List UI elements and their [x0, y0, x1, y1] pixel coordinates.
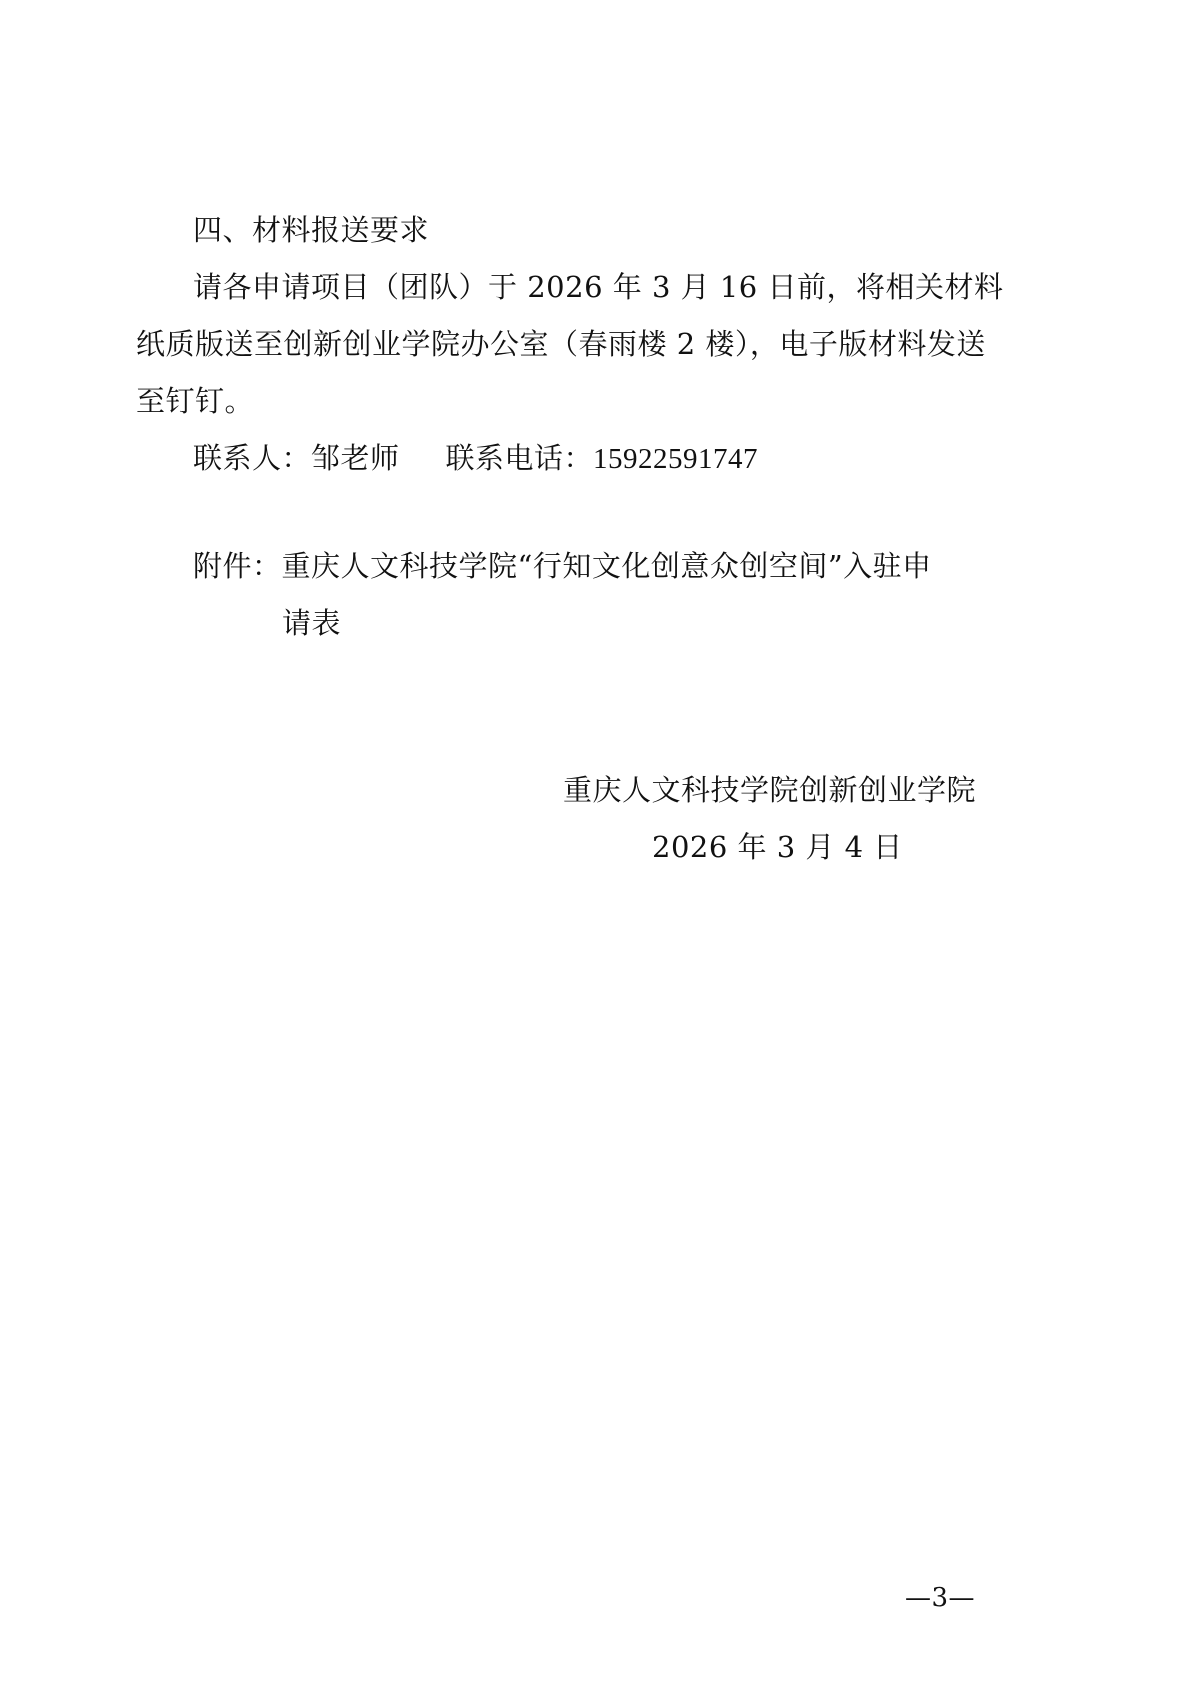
- contact-person-label: 联系人：: [193, 441, 311, 475]
- attachment-line-2: 请表: [282, 603, 341, 643]
- attachment-title: 重庆人文科技学院“行知文化创意众创空间”入驻申: [282, 549, 932, 583]
- attachment-label: 附件：: [193, 549, 282, 583]
- contact-phone-label: 联系电话：: [446, 441, 594, 475]
- contact-phone-number: 15922591747: [593, 443, 758, 475]
- attachment-line-1: 附件：重庆人文科技学院“行知文化创意众创空间”入驻申: [193, 546, 932, 586]
- section-heading: 四、材料报送要求: [193, 210, 429, 250]
- page-number: —3—: [905, 1578, 975, 1618]
- body-paragraph-line-2: 纸质版送至创新创业学院办公室（春雨楼 2 楼），电子版材料发送: [136, 324, 975, 364]
- contact-person-name: 邹老师: [311, 441, 400, 475]
- signature-date: 2026 年 3 月 4 日: [652, 827, 903, 867]
- signature-organization: 重庆人文科技学院创新创业学院: [563, 770, 976, 810]
- contact-line: 联系人：邹老师联系电话：15922591747: [193, 438, 758, 479]
- body-paragraph-line-1: 请各申请项目（团队）于 2026 年 3 月 16 日前，将相关材料: [193, 267, 975, 307]
- body-paragraph-line-3: 至钉钉。: [136, 381, 254, 421]
